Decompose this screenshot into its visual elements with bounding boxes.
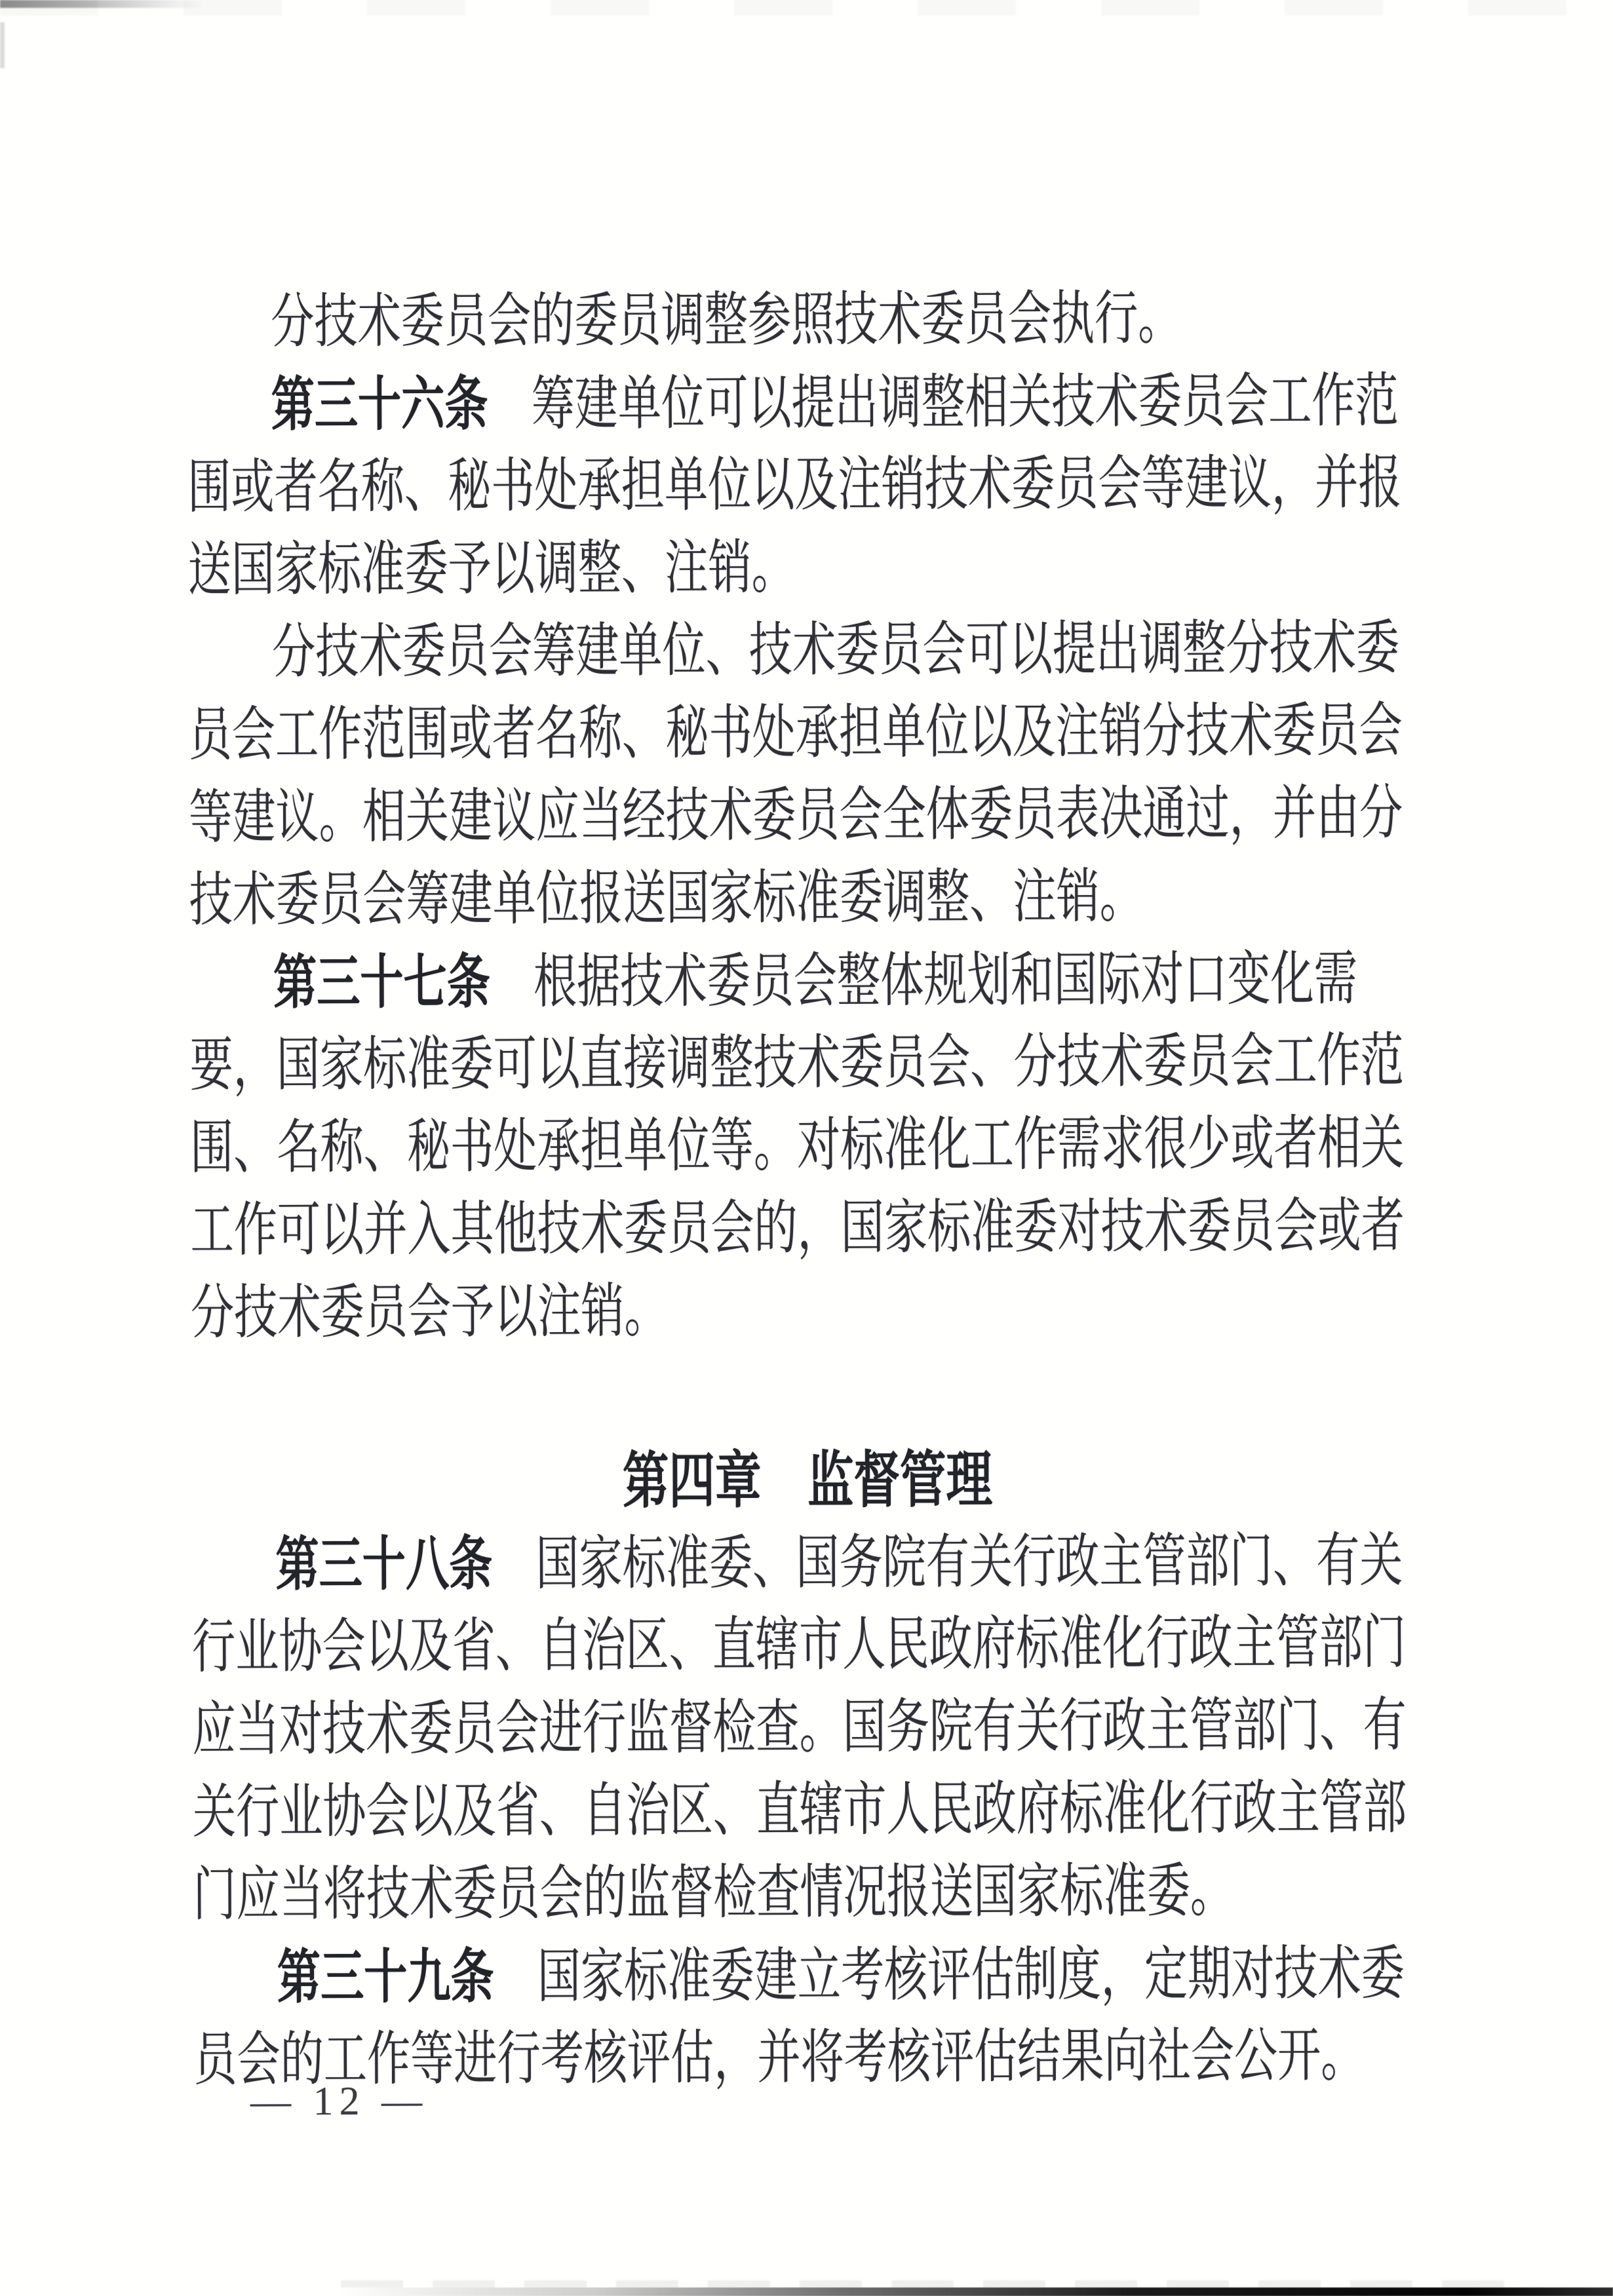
text-run: 员会工作范围或者名称、秘书处承担单位以及注销分技术委员会 — [188, 698, 1403, 768]
text-line-content: 第三十七条 根据技术委员会整体规划和国际对口变化需 — [273, 938, 1357, 1025]
text-line: 围或者名称、秘书处承担单位以及注销技术委员会等建议，并报 — [187, 442, 1420, 529]
text-line: 第三十七条 根据技术委员会整体规划和国际对口变化需 — [189, 938, 1422, 1025]
text-line: 门应当将技术委员会的监督检查情况报送国家标准委。 — [193, 1850, 1425, 1937]
article-number: 第三十八条 — [275, 1531, 492, 1598]
text-line-content: 围、名称、秘书处承担单位等。对标准化工作需求很少或者相关 — [190, 1103, 1405, 1190]
text-run: 国家标准委、国务院有关行政主管部门、有关 — [492, 1529, 1403, 1597]
text-line-content: 第四章 监督管理 — [623, 1438, 992, 1522]
text-run: 关行业协会以及省、自治区、直辖市人民政府标准化行政主管部 — [193, 1776, 1407, 1845]
text-block: 分技术委员会的委员调整参照技术委员会执行。第三十六条 筹建单位可以提出调整相关技… — [187, 277, 1426, 2102]
text-line-content: 门应当将技术委员会的监督检查情况报送国家标准委。 — [193, 1850, 1234, 1937]
text-line: 工作可以并入其他技术委员会的，国家标准委对技术委员会或者 — [190, 1185, 1422, 1272]
text-line-content: 员会工作范围或者名称、秘书处承担单位以及注销分技术委员会 — [188, 690, 1403, 777]
scan-artifact-left-edge — [0, 22, 5, 68]
text-line-content: 第三十八条 国家标准委、国务院有关行政主管部门、有关 — [275, 1520, 1403, 1607]
text-line-content: 工作可以并入其他技术委员会的，国家标准委对技术委员会或者 — [190, 1185, 1405, 1272]
text-line: 员会工作范围或者名称、秘书处承担单位以及注销分技术委员会 — [188, 690, 1420, 777]
text-run: 门应当将技术委员会的监督检查情况报送国家标准委。 — [193, 1859, 1234, 1928]
page-number: — 12 — — [250, 2078, 428, 2125]
text-line-content: 关行业协会以及省、自治区、直辖市人民政府标准化行政主管部 — [193, 1767, 1407, 1854]
text-line: 等建议。相关建议应当经技术委员会全体委员表决通过，并由分 — [189, 773, 1421, 860]
text-line-content: 分技术委员会的委员调整参照技术委员会执行。 — [271, 278, 1182, 364]
text-run: 筹建单位可以提出调整相关技术委员会工作范 — [488, 369, 1399, 437]
text-line: 分技术委员会的委员调整参照技术委员会执行。 — [187, 277, 1419, 364]
text-line-content: 第三十九条 国家标准委建立考核评估制度，定期对技术委 — [277, 1932, 1405, 2020]
text-line: 送国家标准委予以调整、注销。 — [187, 525, 1420, 612]
text-line-content: 行业协会以及省、自治区、直辖市人民政府标准化行政主管部门 — [192, 1602, 1407, 1689]
text-line: 关行业协会以及省、自治区、直辖市人民政府标准化行政主管部 — [193, 1767, 1425, 1854]
text-line-content: 技术委员会筹建单位报送国家标准委调整、注销。 — [189, 856, 1143, 942]
text-line: 行业协会以及省、自治区、直辖市人民政府标准化行政主管部门 — [192, 1602, 1424, 1689]
article-number: 第三十七条 — [273, 949, 490, 1016]
text-run: 分技术委员会予以注销。 — [191, 1279, 668, 1346]
article-number: 第三十九条 — [277, 1944, 494, 2010]
scanned-document-page: 分技术委员会的委员调整参照技术委员会执行。第三十六条 筹建单位可以提出调整相关技… — [0, 0, 1613, 2296]
text-line: 第三十六条 筹建单位可以提出调整相关技术委员会工作范 — [187, 360, 1419, 447]
text-line-content: 送国家标准委予以调整、注销。 — [187, 527, 795, 612]
text-run: 工作可以并入其他技术委员会的，国家标准委对技术委员会或者 — [190, 1194, 1405, 1263]
text-line-content: 要，国家标准委可以直接调整技术委员会、分技术委员会工作范 — [189, 1020, 1404, 1107]
text-line-content: 分技术委员会筹建单位、技术委员会可以提出调整分技术委 — [272, 607, 1399, 695]
text-run: 国家标准委建立考核评估制度，定期对技术委 — [494, 1942, 1405, 2010]
text-line: 要，国家标准委可以直接调整技术委员会、分技术委员会工作范 — [189, 1020, 1422, 1107]
text-line: 围、名称、秘书处承担单位等。对标准化工作需求很少或者相关 — [190, 1103, 1422, 1190]
article-number: 第四章 监督管理 — [623, 1445, 992, 1515]
text-line: 技术委员会筹建单位报送国家标准委调整、注销。 — [189, 855, 1421, 942]
scan-artifact-top-dashes — [0, 0, 1613, 16]
text-run: 围或者名称、秘书处承担单位以及注销技术委员会等建议，并报 — [187, 451, 1402, 520]
text-line-content: 分技术委员会予以注销。 — [191, 1271, 668, 1355]
text-line-content: 应当对技术委员会进行监督检查。国务院有关行政主管部门、有 — [192, 1685, 1407, 1772]
scan-artifact-bottom-shadow — [0, 2287, 1613, 2296]
text-run: 送国家标准委予以调整、注销。 — [188, 535, 795, 603]
text-line: 第三十九条 国家标准委建立考核评估制度，定期对技术委 — [193, 1932, 1426, 2019]
text-run: 等建议。相关建议应当经技术委员会全体委员表决通过，并由分 — [189, 781, 1403, 851]
text-run: 应当对技术委员会进行监督检查。国务院有关行政主管部门、有 — [192, 1693, 1407, 1763]
text-run: 围、名称、秘书处承担单位等。对标准化工作需求很少或者相关 — [190, 1111, 1405, 1181]
chapter-heading: 第四章 监督管理 — [191, 1437, 1424, 1524]
text-run: 行业协会以及省、自治区、直辖市人民政府标准化行政主管部门 — [192, 1611, 1407, 1680]
text-line: 第三十八条 国家标准委、国务院有关行政主管部门、有关 — [191, 1520, 1424, 1607]
article-number: 第三十六条 — [271, 372, 488, 438]
text-line: 分技术委员会筹建单位、技术委员会可以提出调整分技术委 — [188, 607, 1420, 695]
text-line: 分技术委员会予以注销。 — [191, 1268, 1423, 1355]
text-line-content: 围或者名称、秘书处承担单位以及注销技术委员会等建议，并报 — [187, 442, 1402, 529]
text-run: 分技术委员会筹建单位、技术委员会可以提出调整分技术委 — [272, 616, 1399, 685]
text-line-content: 等建议。相关建议应当经技术委员会全体委员表决通过，并由分 — [189, 773, 1403, 860]
text-run: 技术委员会筹建单位报送国家标准委调整、注销。 — [189, 864, 1143, 933]
text-run: 要，国家标准委可以直接调整技术委员会、分技术委员会工作范 — [189, 1029, 1404, 1098]
text-run: 分技术委员会的委员调整参照技术委员会执行。 — [271, 286, 1182, 354]
text-line-content: 第三十六条 筹建单位可以提出调整相关技术委员会工作范 — [271, 360, 1398, 448]
scan-artifact-bottom-dashes — [341, 2280, 1534, 2287]
text-line: 应当对技术委员会进行监督检查。国务院有关行政主管部门、有 — [192, 1685, 1424, 1772]
text-run: 根据技术委员会整体规划和国际对口变化需 — [490, 947, 1357, 1015]
